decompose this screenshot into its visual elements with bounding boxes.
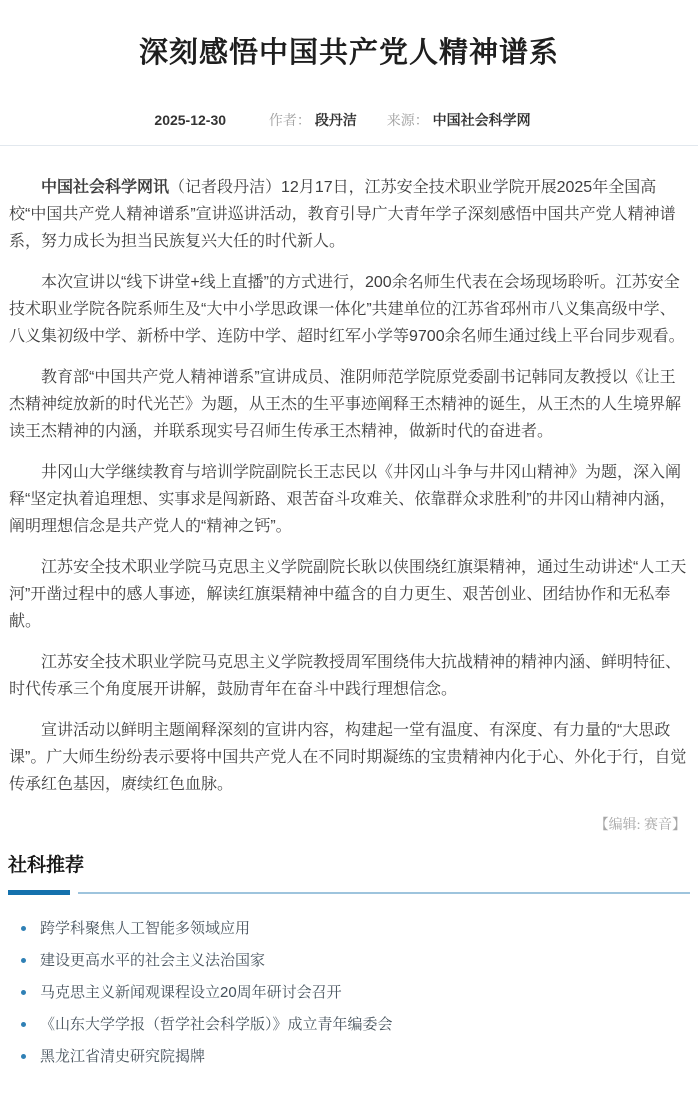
bullet-icon	[21, 958, 26, 963]
recommend-item[interactable]: 《山东大学学报（哲学社会科学版）》成立青年编委会	[8, 1009, 690, 1041]
section-divider	[8, 890, 690, 895]
article-paragraph: 江苏安全技术职业学院马克思主义学院教授周军围绕伟大抗战精神的精神内涵、鲜明特征、…	[9, 649, 689, 703]
editor-credit: 【编辑: 赛音】	[0, 812, 698, 834]
recommend-section: 社科推荐 跨学科聚焦人工智能多领域应用 建设更高水平的社会主义法治国家 马克思主…	[0, 834, 698, 1097]
recommend-item-text: 跨学科聚焦人工智能多领域应用	[40, 920, 250, 937]
author-group: 作者： 段丹洁	[269, 112, 361, 128]
recommend-item[interactable]: 建设更高水平的社会主义法治国家	[8, 945, 690, 977]
author-label: 作者：	[269, 112, 311, 128]
article-paragraph: 中国社会科学网讯（记者段丹洁）12月17日，江苏安全技术职业学院开展2025年全…	[9, 174, 689, 255]
article-paragraph: 江苏安全技术职业学院马克思主义学院副院长耿以侠围绕红旗渠精神，通过生动讲述“人工…	[9, 554, 689, 635]
recommend-item-text: 《山东大学学报（哲学社会科学版）》成立青年编委会	[40, 1016, 393, 1033]
article-meta: 2025-12-30 作者： 段丹洁 来源： 中国社会科学网	[0, 110, 698, 146]
source-name: 中国社会科学网	[433, 112, 531, 128]
article-paragraph: 井冈山大学继续教育与培训学院副院长王志民以《井冈山斗争与井冈山精神》为题，深入阐…	[9, 459, 689, 540]
divider-accent-bar	[8, 890, 70, 895]
bullet-icon	[21, 1054, 26, 1059]
bullet-icon	[21, 990, 26, 995]
bullet-icon	[21, 926, 26, 931]
source-group: 来源： 中国社会科学网	[387, 112, 531, 128]
author-name: 段丹洁	[315, 112, 357, 128]
recommend-item-text: 黑龙江省清史研究院揭牌	[40, 1048, 205, 1065]
recommend-item[interactable]: 黑龙江省清史研究院揭牌	[8, 1041, 690, 1073]
recommend-item[interactable]: 跨学科聚焦人工智能多领域应用	[8, 913, 690, 945]
article-paragraph: 宣讲活动以鲜明主题阐释深刻的宣讲内容，构建起一堂有温度、有深度、有力量的“大思政…	[9, 717, 689, 798]
publish-date: 2025-12-30	[154, 112, 226, 128]
source-label: 来源：	[387, 112, 429, 128]
article-paragraph: 教育部“中国共产党人精神谱系”宣讲成员、淮阴师范学院原党委副书记韩同友教授以《让…	[9, 364, 689, 445]
paragraph-lead: 中国社会科学网讯	[41, 179, 169, 196]
recommend-item[interactable]: 马克思主义新闻观课程设立20周年研讨会召开	[8, 977, 690, 1009]
article-paragraph: 本次宣讲以“线下讲堂+线上直播”的方式进行，200余名师生代表在会场现场聆听。江…	[9, 269, 689, 350]
bullet-icon	[21, 1022, 26, 1027]
recommend-item-text: 马克思主义新闻观课程设立20周年研讨会召开	[40, 984, 342, 1001]
recommend-item-text: 建设更高水平的社会主义法治国家	[40, 952, 265, 969]
article-body: 中国社会科学网讯（记者段丹洁）12月17日，江苏安全技术职业学院开展2025年全…	[0, 146, 698, 798]
article-header: 深刻感悟中国共产党人精神谱系 2025-12-30 作者： 段丹洁 来源： 中国…	[0, 36, 698, 146]
recommend-heading: 社科推荐	[8, 850, 690, 877]
article-page: 深刻感悟中国共产党人精神谱系 2025-12-30 作者： 段丹洁 来源： 中国…	[0, 0, 698, 1097]
divider-thin-line	[78, 892, 690, 894]
page-title: 深刻感悟中国共产党人精神谱系	[20, 36, 678, 70]
recommend-list: 跨学科聚焦人工智能多领域应用 建设更高水平的社会主义法治国家 马克思主义新闻观课…	[8, 913, 690, 1073]
